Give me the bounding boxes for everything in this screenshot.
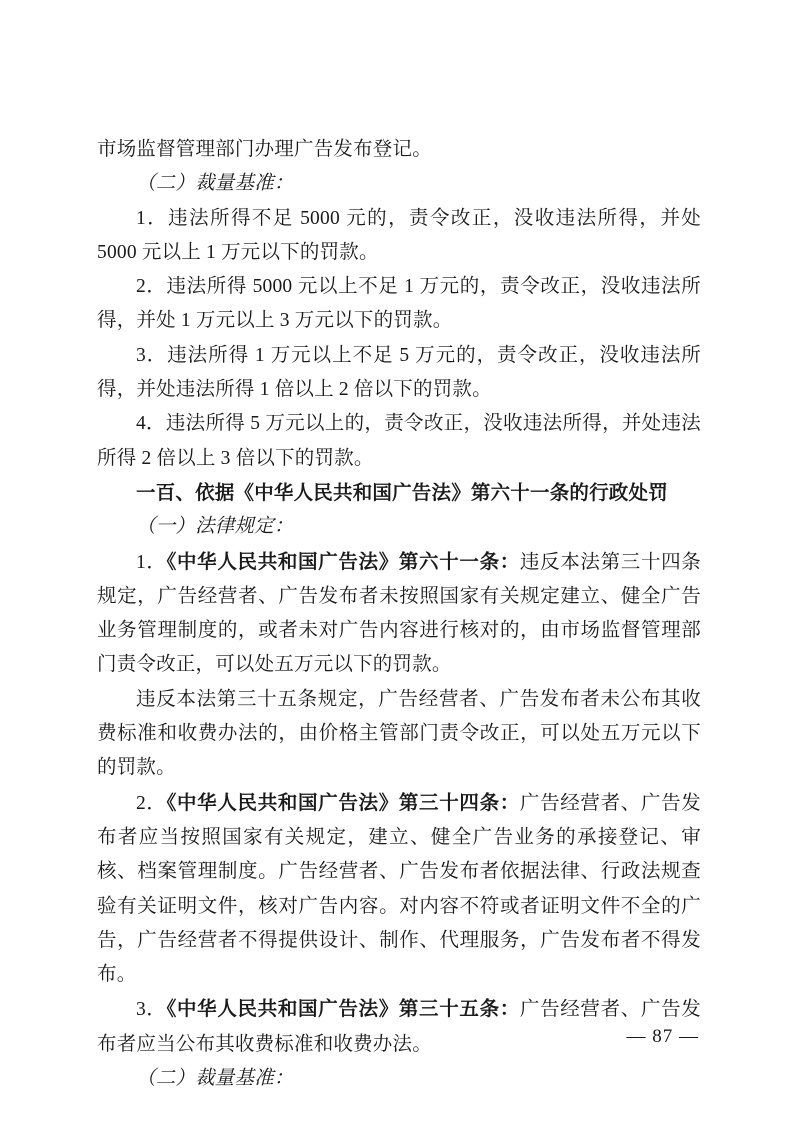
paragraph-item-2: 2．违法所得 5000 元以上不足 1 万元的，责令改正，没收违法所得，并处 1… — [97, 270, 701, 339]
paragraph-item-3: 3．违法所得 1 万元以上不足 5 万元的，责令改正，没收违法所得，并处违法所得… — [97, 339, 701, 408]
page-number: — 87 — — [627, 1026, 700, 1048]
body-text: 1．违法所得不足 5000 元的，责令改正，没收违法所得，并处 5000 元以上… — [97, 208, 701, 263]
section-heading-100: 一百、依据《中华人民共和国广告法》第六十一条的行政处罚 — [97, 476, 701, 510]
paragraph-item-1: 1．违法所得不足 5000 元的，责令改正，没收违法所得，并处 5000 元以上… — [97, 202, 701, 271]
body-text: 违反本法第三十五条规定，广告经营者、广告发布者未公布其收费标准和收费办法的，由价… — [97, 689, 701, 779]
item-number: 3． — [136, 999, 167, 1020]
law-title-article-35: 《中华人民共和国广告法》第三十五条： — [167, 998, 520, 1020]
subheading-legal-provisions: （一）法律规定： — [97, 510, 701, 544]
paragraph-law-article-35: 3．《中华人民共和国广告法》第三十五条：广告经营者、广告发布者应当公布其收费标准… — [97, 992, 701, 1062]
body-text: 4．违法所得 5 万元以上的，责令改正，没收违法所得，并处违法所得 2 倍以上 … — [97, 413, 701, 468]
paragraph-article-35-violation: 违反本法第三十五条规定，广告经营者、广告发布者未公布其收费标准和收费办法的，由价… — [97, 683, 701, 786]
subheading-discretion-basis-1: （二）裁量基准： — [97, 167, 701, 201]
section-heading-text: 一百、依据《中华人民共和国广告法》第六十一条的行政处罚 — [136, 482, 668, 504]
subheading-discretion-basis-2: （二）裁量基准： — [97, 1062, 701, 1096]
item-number: 2． — [136, 793, 167, 814]
law-title-article-61: 《中华人民共和国广告法》第六十一条： — [167, 551, 520, 573]
paragraph-law-article-34: 2．《中华人民共和国广告法》第三十四条：广告经营者、广告发布者应当按照国家有关规… — [97, 786, 701, 993]
subheading-text: （二）裁量基准： — [136, 1068, 294, 1089]
document-page: 市场监督管理部门办理广告发布登记。 （二）裁量基准： 1．违法所得不足 5000… — [0, 0, 793, 1122]
document-text-block: 市场监督管理部门办理广告发布登记。 （二）裁量基准： 1．违法所得不足 5000… — [97, 133, 701, 1096]
item-number: 1． — [136, 552, 167, 573]
body-text: 广告经营者、广告发布者应当按照国家有关规定，建立、健全广告业务的承接登记、审核、… — [97, 793, 701, 985]
body-text: 市场监督管理部门办理广告发布登记。 — [97, 139, 432, 160]
paragraph-continuation: 市场监督管理部门办理广告发布登记。 — [97, 133, 701, 167]
subheading-text: （一）法律规定： — [136, 516, 294, 537]
law-title-article-34: 《中华人民共和国广告法》第三十四条： — [167, 792, 520, 814]
paragraph-item-4: 4．违法所得 5 万元以上的，责令改正，没收违法所得，并处违法所得 2 倍以上 … — [97, 407, 701, 476]
body-text: 3．违法所得 1 万元以上不足 5 万元的，责令改正，没收违法所得，并处违法所得… — [97, 345, 701, 400]
body-text: 2．违法所得 5000 元以上不足 1 万元的，责令改正，没收违法所得，并处 1… — [97, 276, 701, 331]
subheading-text: （二）裁量基准： — [136, 173, 294, 194]
paragraph-law-article-61: 1．《中华人民共和国广告法》第六十一条：违反本法第三十四条规定，广告经营者、广告… — [97, 545, 701, 683]
